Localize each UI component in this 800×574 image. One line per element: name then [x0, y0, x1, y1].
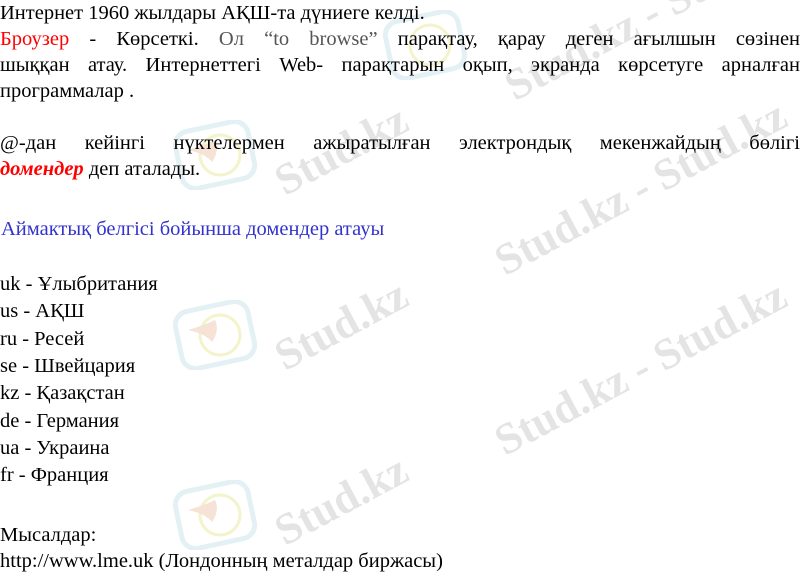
domain-list-item: us - АҚШ — [0, 298, 84, 324]
watermark-text: Stud.kz — [266, 444, 416, 556]
section-heading: Аймактық белгісі бойынша домендер атауы — [1, 216, 384, 242]
domain-list-item: ua - Украина — [0, 435, 110, 461]
watermark-text: Stud.kz - Stud.kz — [486, 269, 795, 466]
domain-definition-line-2: домендер деп аталады. — [0, 156, 200, 182]
watermark-text: Stud.kz — [266, 269, 416, 381]
watermark-logo-icon — [170, 480, 260, 550]
browser-definition-text: парақтау, қарау деген ағылшын сөзінен — [378, 28, 800, 50]
domain-list-item: ru - Ресей — [0, 326, 84, 352]
intro-line: Интернет 1960 жылдары АҚШ-та дүниеге кел… — [0, 0, 425, 26]
browser-term: Броузер — [0, 28, 69, 50]
watermark-logo-icon — [170, 300, 260, 370]
watermark-text: Stud.kz - Stud.kz — [486, 89, 795, 286]
browser-definition-quote: Ол “to browse” — [199, 28, 378, 50]
domain-term: домендер — [0, 158, 84, 180]
examples-label: Мысалдар: — [0, 522, 96, 548]
domain-definition-text: деп аталады. — [84, 158, 200, 180]
domain-list-item: de - Германия — [0, 408, 119, 434]
domain-list-item: se - Швейцария — [0, 353, 135, 379]
domain-definition-line-1: @-дан кейінгі нүктелермен ажыратылған эл… — [0, 130, 800, 156]
browser-definition-text: - Көрсеткі. — [69, 28, 199, 50]
browser-definition-line-3: программалар . — [0, 78, 134, 104]
domain-list-item: uk - Ұлыбритания — [0, 271, 158, 297]
browser-definition-line-2: шыққан атау. Интернеттегі Web- парақтары… — [0, 52, 800, 78]
browser-definition-line-1: Броузер - Көрсеткі. Ол “to browse” парақ… — [0, 26, 800, 52]
domain-list-item: fr - Франция — [0, 462, 109, 488]
domain-list-item: kz - Қазақстан — [0, 380, 125, 406]
example-line: http://www.lme.uk (Лондонның металдар би… — [0, 548, 443, 574]
